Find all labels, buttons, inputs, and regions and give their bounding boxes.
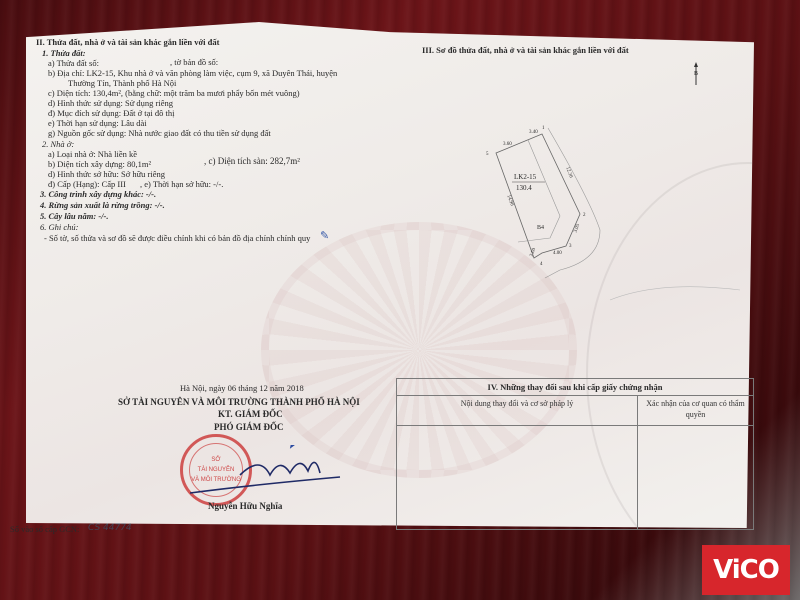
column-header-authority-confirmation: Xác nhận của cơ quan có thẩm quyền (638, 398, 753, 420)
vico-brand-text: ViCO (713, 555, 779, 585)
vico-logo: ViCO (702, 545, 790, 595)
vertex-3: 3 (569, 244, 572, 249)
changes-table: IV. Những thay đổi sau khi cấp giấy chứn… (396, 378, 754, 530)
vertex-2: 2 (583, 213, 586, 218)
vertex-1: 1 (542, 126, 545, 131)
signer-position: PHÓ GIÁM ĐỐC (214, 423, 284, 432)
issuing-agency: SỞ TÀI NGUYÊN VÀ MÔI TRƯỜNG THÀNH PHỐ HÀ… (118, 398, 360, 407)
vertex-4: 4 (540, 262, 543, 267)
register-number: CS 44774 (88, 524, 132, 533)
edge-1: 3.40 (529, 130, 538, 135)
edge-2: 3.60 (503, 142, 512, 147)
parcel-code: LK2-15 (514, 174, 536, 181)
vertex-5: 5 (486, 152, 489, 157)
edge-5: 4.00 (553, 251, 562, 256)
parcel-area-label: 130.4 (516, 185, 532, 192)
north-arrow-label: B (694, 71, 698, 77)
column-header-change-content: Nội dung thay đổi và cơ sở pháp lý (397, 399, 637, 408)
register-label: Số vào sổ cấp GCN: (10, 525, 79, 534)
signing-date: Hà Nội, ngày 06 tháng 12 năm 2018 (180, 384, 304, 393)
handwritten-signature (190, 445, 390, 505)
signer-name: Nguyễn Hữu Nghĩa (208, 502, 282, 511)
section-4-title: IV. Những thay đổi sau khi cấp giấy chứn… (397, 379, 753, 396)
on-behalf-of: KT. GIÁM ĐỐC (218, 410, 283, 419)
house-block-label: B4 (537, 225, 544, 231)
